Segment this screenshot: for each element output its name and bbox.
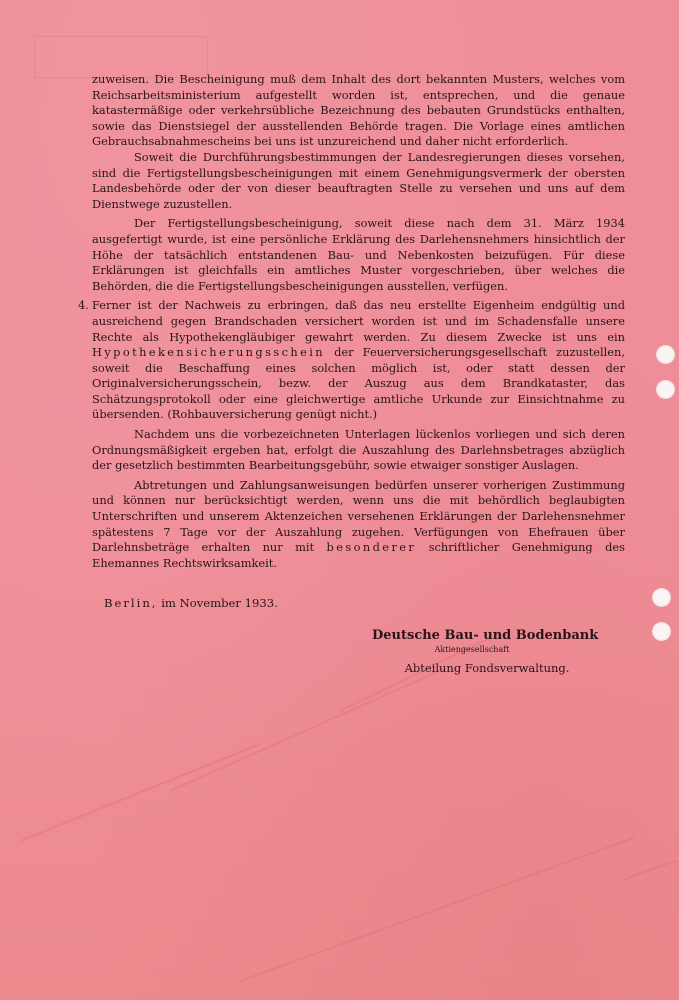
item-4-text-start: Ferner ist der Nachweis zu erbringen, da…: [92, 298, 625, 343]
item-number: 4.: [78, 298, 89, 314]
document-body: zuweisen. Die Bescheinigung muß dem Inha…: [92, 72, 625, 571]
paragraph-abtretungen: Abtretungen und Zahlungsanweisungen bedü…: [92, 478, 625, 572]
paragraph-continuation: zuweisen. Die Bescheinigung muß dem Inha…: [92, 72, 625, 150]
paper-stain: [20, 743, 262, 842]
document-page: zuweisen. Die Bescheinigung muß dem Inha…: [0, 0, 679, 1000]
place-date-line: Berlin, im November 1933.: [104, 596, 278, 610]
date: im November 1933.: [161, 596, 278, 610]
paragraph-item-4: 4.Ferner ist der Nachweis zu erbringen, …: [92, 298, 625, 423]
paragraph-landesregierungen: Soweit die Durchführungsbestimmungen der…: [92, 150, 625, 212]
punch-hole: [652, 588, 671, 607]
paper-stain: [170, 668, 445, 792]
abtretungen-emphasis: besonderer: [327, 540, 417, 554]
paragraph-fertigstellungsbescheinigung: Der Fertigstellungsbescheinigung, soweit…: [92, 216, 625, 294]
department-name: Abteilung Fondsverwaltung.: [372, 660, 572, 676]
signature-block: Deutsche Bau- und Bodenbank Aktiengesell…: [372, 628, 572, 676]
paragraph-auszahlung: Nachdem uns die vorbezeichneten Unterlag…: [92, 427, 625, 474]
company-type: Aktiengesellschaft: [372, 644, 572, 656]
place: Berlin,: [104, 596, 158, 610]
punch-hole: [656, 345, 675, 364]
paper-stain: [240, 836, 635, 982]
punch-hole: [656, 380, 675, 399]
paper-stain: [620, 860, 677, 882]
item-4-emphasis: Hypothekensicherungsschein: [92, 345, 325, 359]
bank-name: Deutsche Bau- und Bodenbank: [372, 628, 572, 644]
punch-hole: [652, 622, 671, 641]
